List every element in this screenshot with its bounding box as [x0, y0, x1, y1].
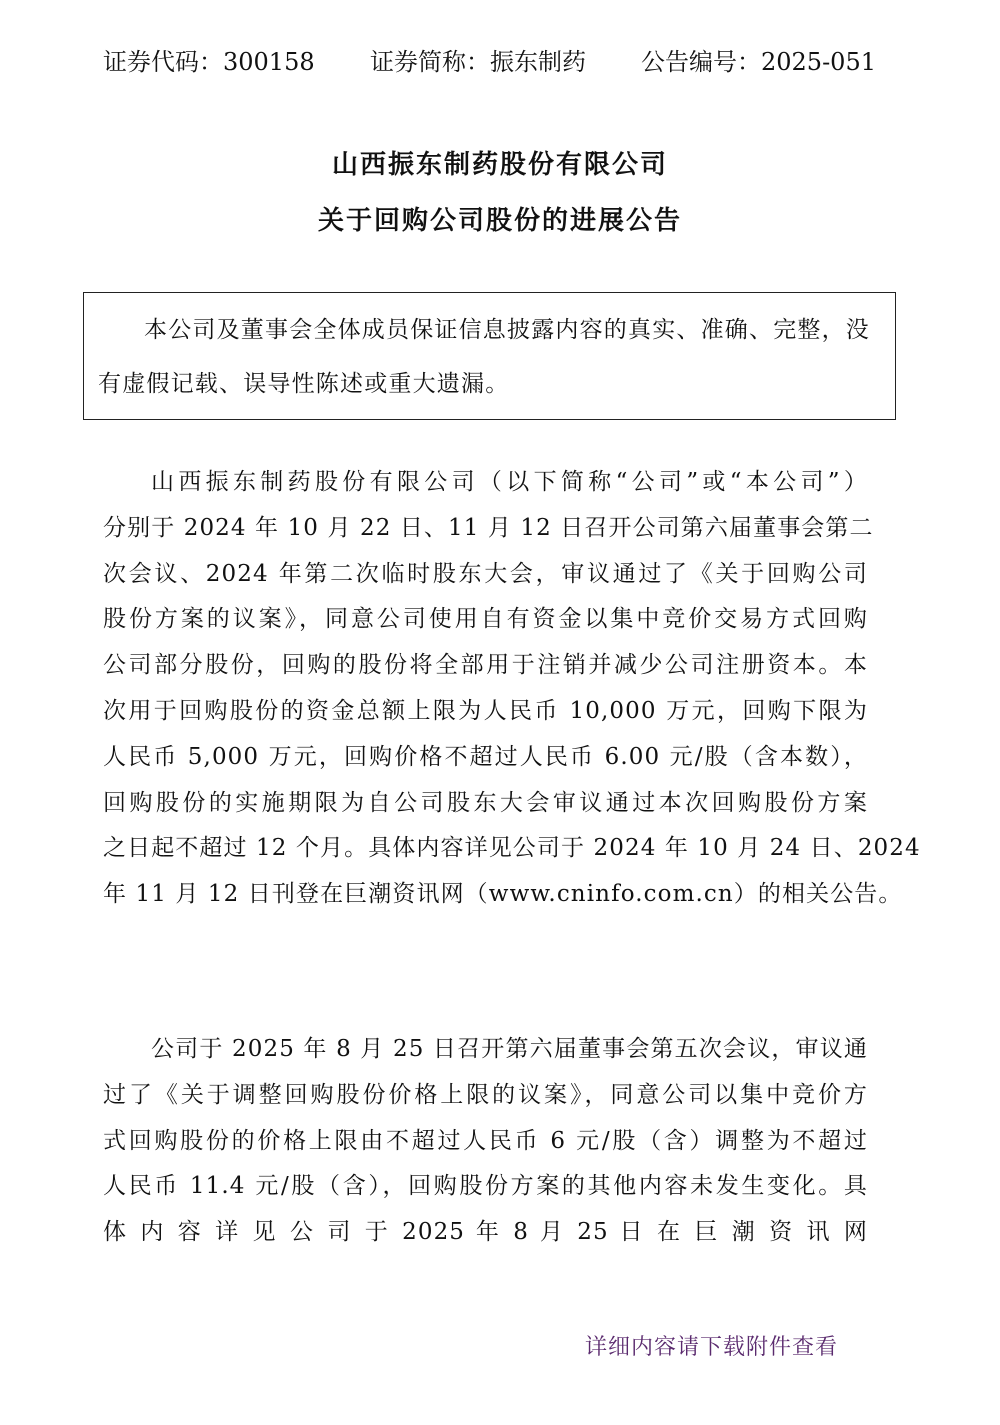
text-line: 股份方案的议案》，同意公司使用自有资金以集中竞价交易方式回购: [103, 597, 868, 643]
text-line: 次用于回购股份的资金总额上限为人民币 10,000 万元，回购下限为: [103, 689, 868, 735]
announcement-number: 公告编号：2025-051: [641, 44, 876, 80]
security-code: 证券代码：300158: [103, 44, 315, 80]
text-line: 次会议、2024 年第二次临时股东大会，审议通过了《关于回购公司: [103, 552, 868, 598]
text-line: 过了《关于调整回购股份价格上限的议案》，同意公司以集中竞价方: [103, 1073, 868, 1119]
company-title: 山西振东制药股份有限公司: [0, 144, 1000, 181]
disclaimer-box: 本公司及董事会全体成员保证信息披露内容的真实、准确、完整，没有虚假记载、误导性陈…: [83, 292, 896, 420]
text-line: 人民币 11.4 元/股（含），回购股份方案的其他内容未发生变化。具: [103, 1164, 868, 1210]
disclaimer-text: 本公司及董事会全体成员保证信息披露内容的真实、准确、完整，没有虚假记载、误导性陈…: [98, 303, 888, 411]
text-line: 公司部分股份，回购的股份将全部用于注销并减少公司注册资本。本: [103, 643, 868, 689]
text-line: 公司于 2025 年 8 月 25 日召开第六届董事会第五次会议，审议通: [103, 1027, 868, 1073]
text-line: 山西振东制药股份有限公司（以下简称“公司”或“本公司”）: [103, 460, 868, 506]
text-line: 人民币 5,000 万元，回购价格不超过人民币 6.00 元/股（含本数），: [103, 735, 868, 781]
paragraph-buyback-plan: 山西振东制药股份有限公司（以下简称“公司”或“本公司”） 分别于 2024 年 …: [103, 460, 868, 918]
text-line: 体 内 容 详 见 公 司 于 2025 年 8 月 25 日 在 巨 潮 资 …: [103, 1210, 868, 1256]
text-line: 年 11 月 12 日刊登在巨潮资讯网（www.cninfo.com.cn）的相…: [103, 872, 868, 918]
security-abbreviation: 证券简称：振东制药: [370, 44, 586, 80]
text-line: 分别于 2024 年 10 月 22 日、11 月 12 日召开公司第六届董事会…: [103, 506, 868, 552]
text-line: 回购股份的实施期限为自公司股东大会审议通过本次回购股份方案: [103, 781, 868, 827]
text-line: 之日起不超过 12 个月。具体内容详见公司于 2024 年 10 月 24 日、…: [103, 826, 868, 872]
download-attachment-link[interactable]: 详细内容请下载附件查看: [585, 1330, 838, 1361]
text-line: 式回购股份的价格上限由不超过人民币 6 元/股（含）调整为不超过: [103, 1119, 868, 1165]
announcement-title: 关于回购公司股份的进展公告: [0, 200, 1000, 237]
paragraph-price-adjustment: 公司于 2025 年 8 月 25 日召开第六届董事会第五次会议，审议通 过了《…: [103, 1027, 868, 1256]
